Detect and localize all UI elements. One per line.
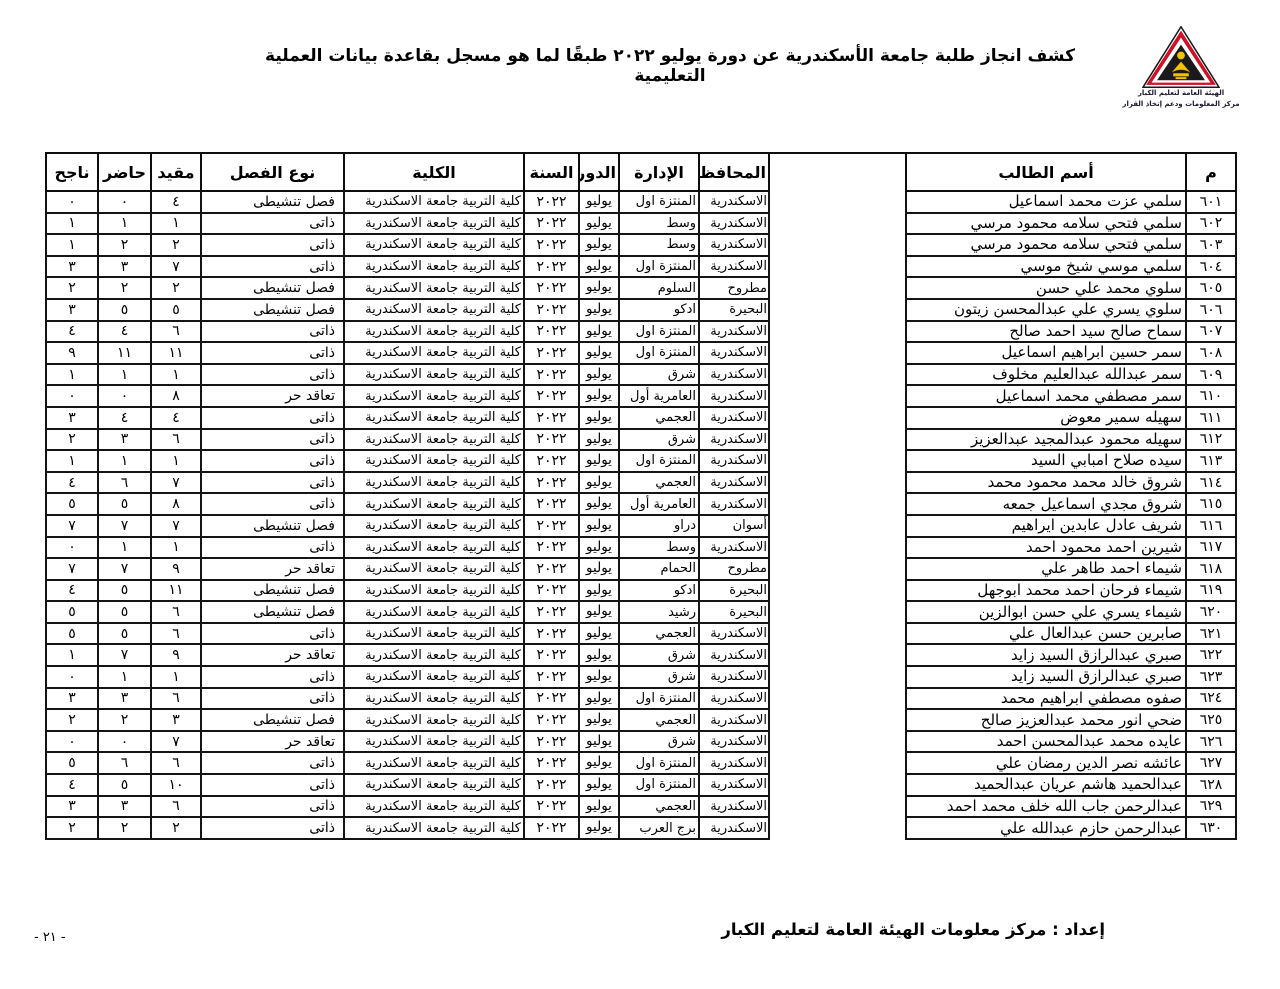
cell-present: ٢	[98, 277, 151, 299]
cell-passed: ٥	[46, 601, 98, 623]
cell-gov: الاسكندرية	[699, 321, 769, 343]
cell-present: ٣	[98, 429, 151, 451]
cell-passed: ١	[46, 364, 98, 386]
header-governorate: المحافظة	[699, 153, 769, 191]
cell-faculty: كلية التربية جامعة الاسكندرية	[344, 558, 524, 580]
cell-name: سلوي محمد علي حسن	[906, 277, 1186, 299]
cell-serial: ٦٠٧	[1186, 321, 1236, 343]
cell-faculty: كلية التربية جامعة الاسكندرية	[344, 709, 524, 731]
cell-year: ٢٠٢٢	[524, 299, 579, 321]
cell-serial: ٦٢١	[1186, 623, 1236, 645]
cell-present: ٠	[98, 385, 151, 407]
cell-type: ذاتى	[201, 450, 344, 472]
cell-gov: الاسكندرية	[699, 385, 769, 407]
cell-session: يوليو	[579, 580, 619, 602]
cell-passed: ٤	[46, 321, 98, 343]
cell-year: ٢٠٢٢	[524, 558, 579, 580]
cell-faculty: كلية التربية جامعة الاسكندرية	[344, 731, 524, 753]
cell-type: ذاتى	[201, 774, 344, 796]
cell-year: ٢٠٢٢	[524, 429, 579, 451]
cell-present: ٧	[98, 558, 151, 580]
cell-passed: ٥	[46, 752, 98, 774]
table-row: ٦٠٢سلمي فتحي سلامه محمود مرسيالاسكندريةو…	[46, 213, 1236, 235]
cell-enrolled: ٥	[151, 299, 201, 321]
cell-admin: وسط	[619, 234, 699, 256]
cell-type: ذاتى	[201, 493, 344, 515]
header-spacer	[769, 153, 906, 191]
cell-type: تعاقد حر	[201, 731, 344, 753]
cell-admin: المنتزة اول	[619, 191, 699, 213]
cell-serial: ٦٠٤	[1186, 256, 1236, 278]
cell-passed: ٧	[46, 558, 98, 580]
cell-present: ٠	[98, 191, 151, 213]
cell-enrolled: ٢	[151, 277, 201, 299]
cell-passed: ٠	[46, 191, 98, 213]
cell-admin: المنتزة اول	[619, 450, 699, 472]
cell-gov: الاسكندرية	[699, 731, 769, 753]
cell-admin: المنتزة اول	[619, 774, 699, 796]
cell-name: عايده محمد عبدالمحسن احمد	[906, 731, 1186, 753]
cell-year: ٢٠٢٢	[524, 407, 579, 429]
cell-enrolled: ١	[151, 450, 201, 472]
cell-type: ذاتى	[201, 623, 344, 645]
cell-session: يوليو	[579, 191, 619, 213]
cell-admin: برج العرب	[619, 817, 699, 839]
cell-year: ٢٠٢٢	[524, 601, 579, 623]
cell-passed: ١	[46, 450, 98, 472]
spacer-cell	[769, 601, 906, 623]
cell-gov: الاسكندرية	[699, 623, 769, 645]
cell-type: ذاتى	[201, 256, 344, 278]
spacer-cell	[769, 558, 906, 580]
cell-type: ذاتى	[201, 407, 344, 429]
cell-session: يوليو	[579, 472, 619, 494]
cell-gov: الاسكندرية	[699, 493, 769, 515]
cell-enrolled: ١	[151, 537, 201, 559]
spacer-cell	[769, 407, 906, 429]
cell-passed: ١	[46, 234, 98, 256]
cell-session: يوليو	[579, 407, 619, 429]
cell-serial: ٦٠٥	[1186, 277, 1236, 299]
cell-admin: العجمي	[619, 407, 699, 429]
cell-serial: ٦١٩	[1186, 580, 1236, 602]
cell-year: ٢٠٢٢	[524, 515, 579, 537]
cell-enrolled: ١	[151, 666, 201, 688]
cell-faculty: كلية التربية جامعة الاسكندرية	[344, 796, 524, 818]
cell-passed: ٢	[46, 277, 98, 299]
cell-faculty: كلية التربية جامعة الاسكندرية	[344, 472, 524, 494]
cell-name: شروق خالد محمد محمود محمد	[906, 472, 1186, 494]
cell-year: ٢٠٢٢	[524, 364, 579, 386]
cell-faculty: كلية التربية جامعة الاسكندرية	[344, 385, 524, 407]
cell-present: ٥	[98, 623, 151, 645]
table-row: ٦١٧شيرين احمد محمود احمدالاسكندريةوسطيول…	[46, 537, 1236, 559]
cell-admin: شرق	[619, 666, 699, 688]
cell-name: سلمي فتحي سلامه محمود مرسي	[906, 234, 1186, 256]
cell-admin: المنتزة اول	[619, 342, 699, 364]
cell-gov: الاسكندرية	[699, 644, 769, 666]
cell-session: يوليو	[579, 688, 619, 710]
cell-year: ٢٠٢٢	[524, 256, 579, 278]
cell-serial: ٦١٨	[1186, 558, 1236, 580]
cell-enrolled: ١	[151, 364, 201, 386]
page-number: - ٢١ -	[34, 930, 66, 945]
cell-gov: الاسكندرية	[699, 688, 769, 710]
table-header-row: م أسم الطالب المحافظة الإدارة الدورة الس…	[46, 153, 1236, 191]
table-row: ٦١٩شيماء فرحان احمد محمد ابوجهلالبحيرةاد…	[46, 580, 1236, 602]
spacer-cell	[769, 580, 906, 602]
cell-session: يوليو	[579, 385, 619, 407]
table-row: ٦٠٨سمر حسين ابراهيم اسماعيلالاسكندريةالم…	[46, 342, 1236, 364]
spacer-cell	[769, 709, 906, 731]
cell-name: سمر مصطفي محمد اسماعيل	[906, 385, 1186, 407]
cell-year: ٢٠٢٢	[524, 472, 579, 494]
cell-name: شيماء احمد طاهر علي	[906, 558, 1186, 580]
cell-name: سمر حسين ابراهيم اسماعيل	[906, 342, 1186, 364]
cell-type: ذاتى	[201, 796, 344, 818]
cell-type: فصل تنشيطى	[201, 515, 344, 537]
cell-present: ٦	[98, 752, 151, 774]
cell-admin: الحمام	[619, 558, 699, 580]
cell-name: صفوه مصطفي ابراهيم محمد	[906, 688, 1186, 710]
cell-passed: ٥	[46, 493, 98, 515]
cell-present: ١	[98, 213, 151, 235]
cell-year: ٢٠٢٢	[524, 644, 579, 666]
page-title: كشف انجاز طلبة جامعة الأسكندرية عن دورة …	[250, 46, 1090, 86]
cell-gov: الاسكندرية	[699, 234, 769, 256]
cell-enrolled: ٢	[151, 817, 201, 839]
cell-year: ٢٠٢٢	[524, 666, 579, 688]
cell-year: ٢٠٢٢	[524, 385, 579, 407]
cell-faculty: كلية التربية جامعة الاسكندرية	[344, 580, 524, 602]
cell-faculty: كلية التربية جامعة الاسكندرية	[344, 450, 524, 472]
header-class-type: نوع الفصل	[201, 153, 344, 191]
cell-enrolled: ٨	[151, 493, 201, 515]
cell-year: ٢٠٢٢	[524, 537, 579, 559]
cell-session: يوليو	[579, 450, 619, 472]
table-row: ٦٢٣صبري عبدالرازق السيد زايدالاسكندريةشر…	[46, 666, 1236, 688]
cell-admin: العجمي	[619, 472, 699, 494]
cell-enrolled: ٤	[151, 407, 201, 429]
header-passed: ناجح	[46, 153, 98, 191]
cell-faculty: كلية التربية جامعة الاسكندرية	[344, 688, 524, 710]
cell-serial: ٦١٤	[1186, 472, 1236, 494]
table-row: ٦٢٠شيماء يسري علي حسن ابوالزينالبحيرةرشي…	[46, 601, 1236, 623]
cell-enrolled: ٦	[151, 623, 201, 645]
cell-serial: ٦٢٧	[1186, 752, 1236, 774]
cell-gov: الاسكندرية	[699, 364, 769, 386]
cell-enrolled: ١	[151, 213, 201, 235]
cell-name: سلمي فتحي سلامه محمود مرسي	[906, 213, 1186, 235]
cell-year: ٢٠٢٢	[524, 709, 579, 731]
cell-gov: البحيرة	[699, 601, 769, 623]
cell-admin: شرق	[619, 429, 699, 451]
cell-type: ذاتى	[201, 472, 344, 494]
cell-year: ٢٠٢٢	[524, 731, 579, 753]
cell-enrolled: ٦	[151, 796, 201, 818]
cell-session: يوليو	[579, 537, 619, 559]
cell-gov: مطروح	[699, 277, 769, 299]
cell-year: ٢٠٢٢	[524, 774, 579, 796]
table-row: ٦٢٨عبدالحميد هاشم عريان عبدالحميدالاسكند…	[46, 774, 1236, 796]
cell-admin: ادكو	[619, 299, 699, 321]
cell-name: شروق مجدي اسماعيل جمعه	[906, 493, 1186, 515]
cell-type: ذاتى	[201, 321, 344, 343]
organization-name-line1: الهيئة العامة لتعليم الكبار	[1122, 88, 1240, 99]
cell-year: ٢٠٢٢	[524, 817, 579, 839]
table-row: ٦٢٥ضحي انور محمد عبدالعزيز صالحالاسكندري…	[46, 709, 1236, 731]
spacer-cell	[769, 234, 906, 256]
cell-name: صابرين حسن عبدالعال علي	[906, 623, 1186, 645]
cell-serial: ٦١٥	[1186, 493, 1236, 515]
cell-serial: ٦٠٦	[1186, 299, 1236, 321]
cell-admin: العجمي	[619, 709, 699, 731]
cell-admin: دراو	[619, 515, 699, 537]
table-row: ٦٢٦عايده محمد عبدالمحسن احمدالاسكندريةشر…	[46, 731, 1236, 753]
cell-present: ٢	[98, 817, 151, 839]
cell-session: يوليو	[579, 558, 619, 580]
cell-year: ٢٠٢٢	[524, 796, 579, 818]
cell-present: ٠	[98, 731, 151, 753]
cell-faculty: كلية التربية جامعة الاسكندرية	[344, 774, 524, 796]
cell-passed: ٥	[46, 623, 98, 645]
cell-admin: المنتزة اول	[619, 256, 699, 278]
cell-faculty: كلية التربية جامعة الاسكندرية	[344, 256, 524, 278]
cell-faculty: كلية التربية جامعة الاسكندرية	[344, 407, 524, 429]
cell-passed: ٠	[46, 537, 98, 559]
spacer-cell	[769, 752, 906, 774]
cell-passed: ٤	[46, 472, 98, 494]
spacer-cell	[769, 213, 906, 235]
cell-faculty: كلية التربية جامعة الاسكندرية	[344, 623, 524, 645]
table-row: ٦٠٥سلوي محمد علي حسنمطروحالسلوميوليو٢٠٢٢…	[46, 277, 1236, 299]
cell-name: سهيله سمير معوض	[906, 407, 1186, 429]
cell-name: سلمي موسي شيخ موسي	[906, 256, 1186, 278]
cell-enrolled: ٧	[151, 515, 201, 537]
cell-type: ذاتى	[201, 364, 344, 386]
cell-passed: ٣	[46, 796, 98, 818]
cell-gov: الاسكندرية	[699, 191, 769, 213]
spacer-cell	[769, 256, 906, 278]
cell-year: ٢٠٢٢	[524, 580, 579, 602]
cell-gov: مطروح	[699, 558, 769, 580]
cell-faculty: كلية التربية جامعة الاسكندرية	[344, 493, 524, 515]
cell-present: ١	[98, 450, 151, 472]
cell-present: ١	[98, 537, 151, 559]
cell-admin: المنتزة اول	[619, 321, 699, 343]
spacer-cell	[769, 277, 906, 299]
cell-gov: أسوان	[699, 515, 769, 537]
cell-name: صبري عبدالرازق السيد زايد	[906, 644, 1186, 666]
cell-gov: الاسكندرية	[699, 709, 769, 731]
cell-session: يوليو	[579, 213, 619, 235]
spacer-cell	[769, 472, 906, 494]
table-row: ٦١٠سمر مصطفي محمد اسماعيلالاسكندريةالعام…	[46, 385, 1236, 407]
cell-year: ٢٠٢٢	[524, 623, 579, 645]
cell-passed: ٢	[46, 817, 98, 839]
cell-gov: البحيرة	[699, 580, 769, 602]
cell-admin: المنتزة اول	[619, 752, 699, 774]
cell-name: سماح صالح سيد احمد صالح	[906, 321, 1186, 343]
cell-gov: الاسكندرية	[699, 429, 769, 451]
cell-enrolled: ٧	[151, 256, 201, 278]
table-row: ٦١٥شروق مجدي اسماعيل جمعهالاسكندريةالعام…	[46, 493, 1236, 515]
header-administration: الإدارة	[619, 153, 699, 191]
cell-name: عبدالحميد هاشم عريان عبدالحميد	[906, 774, 1186, 796]
cell-faculty: كلية التربية جامعة الاسكندرية	[344, 191, 524, 213]
organization-logo: الهيئة العامة لتعليم الكبار مركز المعلوم…	[1122, 26, 1240, 110]
cell-passed: ٠	[46, 731, 98, 753]
cell-type: فصل تنشيطى	[201, 277, 344, 299]
cell-passed: ٣	[46, 256, 98, 278]
cell-gov: الاسكندرية	[699, 472, 769, 494]
cell-present: ٥	[98, 774, 151, 796]
cell-type: فصل تنشيطى	[201, 299, 344, 321]
cell-passed: ٣	[46, 299, 98, 321]
cell-year: ٢٠٢٢	[524, 342, 579, 364]
cell-name: سيده صلاح امبابي السيد	[906, 450, 1186, 472]
cell-admin: شرق	[619, 644, 699, 666]
cell-faculty: كلية التربية جامعة الاسكندرية	[344, 234, 524, 256]
header-present: حاضر	[98, 153, 151, 191]
cell-faculty: كلية التربية جامعة الاسكندرية	[344, 321, 524, 343]
cell-session: يوليو	[579, 256, 619, 278]
spacer-cell	[769, 299, 906, 321]
cell-type: فصل تنشيطى	[201, 601, 344, 623]
cell-passed: ٢	[46, 429, 98, 451]
cell-faculty: كلية التربية جامعة الاسكندرية	[344, 666, 524, 688]
spacer-cell	[769, 623, 906, 645]
cell-enrolled: ٦	[151, 688, 201, 710]
cell-name: ضحي انور محمد عبدالعزيز صالح	[906, 709, 1186, 731]
cell-serial: ٦٠٩	[1186, 364, 1236, 386]
cell-name: سهيله محمود عبدالمجيد عبدالعزيز	[906, 429, 1186, 451]
cell-year: ٢٠٢٢	[524, 191, 579, 213]
table-row: ٦٣٠عبدالرحمن حازم عبدالله عليالاسكندريةب…	[46, 817, 1236, 839]
table-row: ٦١٢سهيله محمود عبدالمجيد عبدالعزيزالاسكن…	[46, 429, 1236, 451]
cell-serial: ٦١٠	[1186, 385, 1236, 407]
document-page: كشف انجاز طلبة جامعة الأسكندرية عن دورة …	[0, 0, 1280, 989]
cell-enrolled: ٦	[151, 321, 201, 343]
header-session: الدورة	[579, 153, 619, 191]
cell-session: يوليو	[579, 364, 619, 386]
cell-enrolled: ٣	[151, 709, 201, 731]
cell-session: يوليو	[579, 752, 619, 774]
cell-faculty: كلية التربية جامعة الاسكندرية	[344, 213, 524, 235]
table-row: ٦٠٩سمر عبدالله عبدالعليم مخلوفالاسكندرية…	[46, 364, 1236, 386]
table-row: ٦٠١سلمي عزت محمد اسماعيلالاسكندريةالمنتز…	[46, 191, 1236, 213]
cell-present: ٣	[98, 796, 151, 818]
cell-name: شيماء فرحان احمد محمد ابوجهل	[906, 580, 1186, 602]
organization-name: الهيئة العامة لتعليم الكبار مركز المعلوم…	[1122, 88, 1240, 110]
cell-name: شيماء يسري علي حسن ابوالزين	[906, 601, 1186, 623]
cell-present: ٤	[98, 321, 151, 343]
cell-gov: الاسكندرية	[699, 666, 769, 688]
cell-faculty: كلية التربية جامعة الاسكندرية	[344, 364, 524, 386]
table-row: ٦١٦شريف عادل عابدين ايراهيمأسواندراويولي…	[46, 515, 1236, 537]
cell-session: يوليو	[579, 493, 619, 515]
cell-passed: ٤	[46, 774, 98, 796]
spacer-cell	[769, 796, 906, 818]
cell-present: ١	[98, 364, 151, 386]
cell-type: فصل تنشيطى	[201, 191, 344, 213]
cell-admin: العجمي	[619, 623, 699, 645]
cell-year: ٢٠٢٢	[524, 277, 579, 299]
cell-enrolled: ٦	[151, 752, 201, 774]
table-row: ٦٠٤سلمي موسي شيخ موسيالاسكندريةالمنتزة ا…	[46, 256, 1236, 278]
spacer-cell	[769, 644, 906, 666]
cell-present: ١	[98, 666, 151, 688]
cell-faculty: كلية التربية جامعة الاسكندرية	[344, 299, 524, 321]
cell-admin: شرق	[619, 731, 699, 753]
cell-session: يوليو	[579, 321, 619, 343]
spacer-cell	[769, 493, 906, 515]
cell-type: فصل تنشيطى	[201, 580, 344, 602]
cell-passed: ٣	[46, 407, 98, 429]
cell-faculty: كلية التربية جامعة الاسكندرية	[344, 277, 524, 299]
cell-name: سلمي عزت محمد اسماعيل	[906, 191, 1186, 213]
cell-gov: الاسكندرية	[699, 342, 769, 364]
cell-gov: الاسكندرية	[699, 774, 769, 796]
table-row: ٦٢٢صبري عبدالرازق السيد زايدالاسكندريةشر…	[46, 644, 1236, 666]
cell-present: ٣	[98, 688, 151, 710]
spacer-cell	[769, 321, 906, 343]
cell-gov: الاسكندرية	[699, 796, 769, 818]
cell-serial: ٦١١	[1186, 407, 1236, 429]
cell-name: سمر عبدالله عبدالعليم مخلوف	[906, 364, 1186, 386]
cell-admin: العامرية أول	[619, 493, 699, 515]
cell-admin: وسط	[619, 537, 699, 559]
cell-serial: ٦٢٦	[1186, 731, 1236, 753]
header-enrolled: مقيد	[151, 153, 201, 191]
cell-session: يوليو	[579, 277, 619, 299]
cell-session: يوليو	[579, 234, 619, 256]
cell-admin: السلوم	[619, 277, 699, 299]
cell-admin: المنتزة اول	[619, 688, 699, 710]
cell-serial: ٦٢٩	[1186, 796, 1236, 818]
cell-present: ٢	[98, 709, 151, 731]
cell-type: تعاقد حر	[201, 385, 344, 407]
cell-present: ٥	[98, 601, 151, 623]
cell-present: ٧	[98, 644, 151, 666]
table-row: ٦٢١صابرين حسن عبدالعال عليالاسكندريةالعج…	[46, 623, 1236, 645]
cell-enrolled: ٩	[151, 558, 201, 580]
cell-type: ذاتى	[201, 213, 344, 235]
cell-gov: الاسكندرية	[699, 817, 769, 839]
cell-session: يوليو	[579, 666, 619, 688]
table-row: ٦٢٧عائشه نصر الدين رمضان عليالاسكندريةال…	[46, 752, 1236, 774]
cell-serial: ٦٢٥	[1186, 709, 1236, 731]
cell-faculty: كلية التربية جامعة الاسكندرية	[344, 752, 524, 774]
cell-admin: شرق	[619, 364, 699, 386]
cell-type: تعاقد حر	[201, 644, 344, 666]
cell-enrolled: ٧	[151, 731, 201, 753]
cell-type: ذاتى	[201, 688, 344, 710]
cell-faculty: كلية التربية جامعة الاسكندرية	[344, 817, 524, 839]
cell-passed: ٠	[46, 666, 98, 688]
cell-serial: ٦٠٣	[1186, 234, 1236, 256]
pyramid-flag-icon	[1142, 26, 1220, 88]
prepared-by-label: إعداد : مركز معلومات الهيئة العامة لتعلي…	[721, 920, 1105, 939]
cell-admin: العجمي	[619, 796, 699, 818]
cell-gov: الاسكندرية	[699, 537, 769, 559]
table-row: ٦٠٦سلوي يسري علي عبدالمحسن زيتونالبحيرةا…	[46, 299, 1236, 321]
cell-gov: البحيرة	[699, 299, 769, 321]
cell-passed: ١	[46, 644, 98, 666]
cell-admin: رشيد	[619, 601, 699, 623]
cell-gov: الاسكندرية	[699, 213, 769, 235]
cell-enrolled: ٦	[151, 601, 201, 623]
